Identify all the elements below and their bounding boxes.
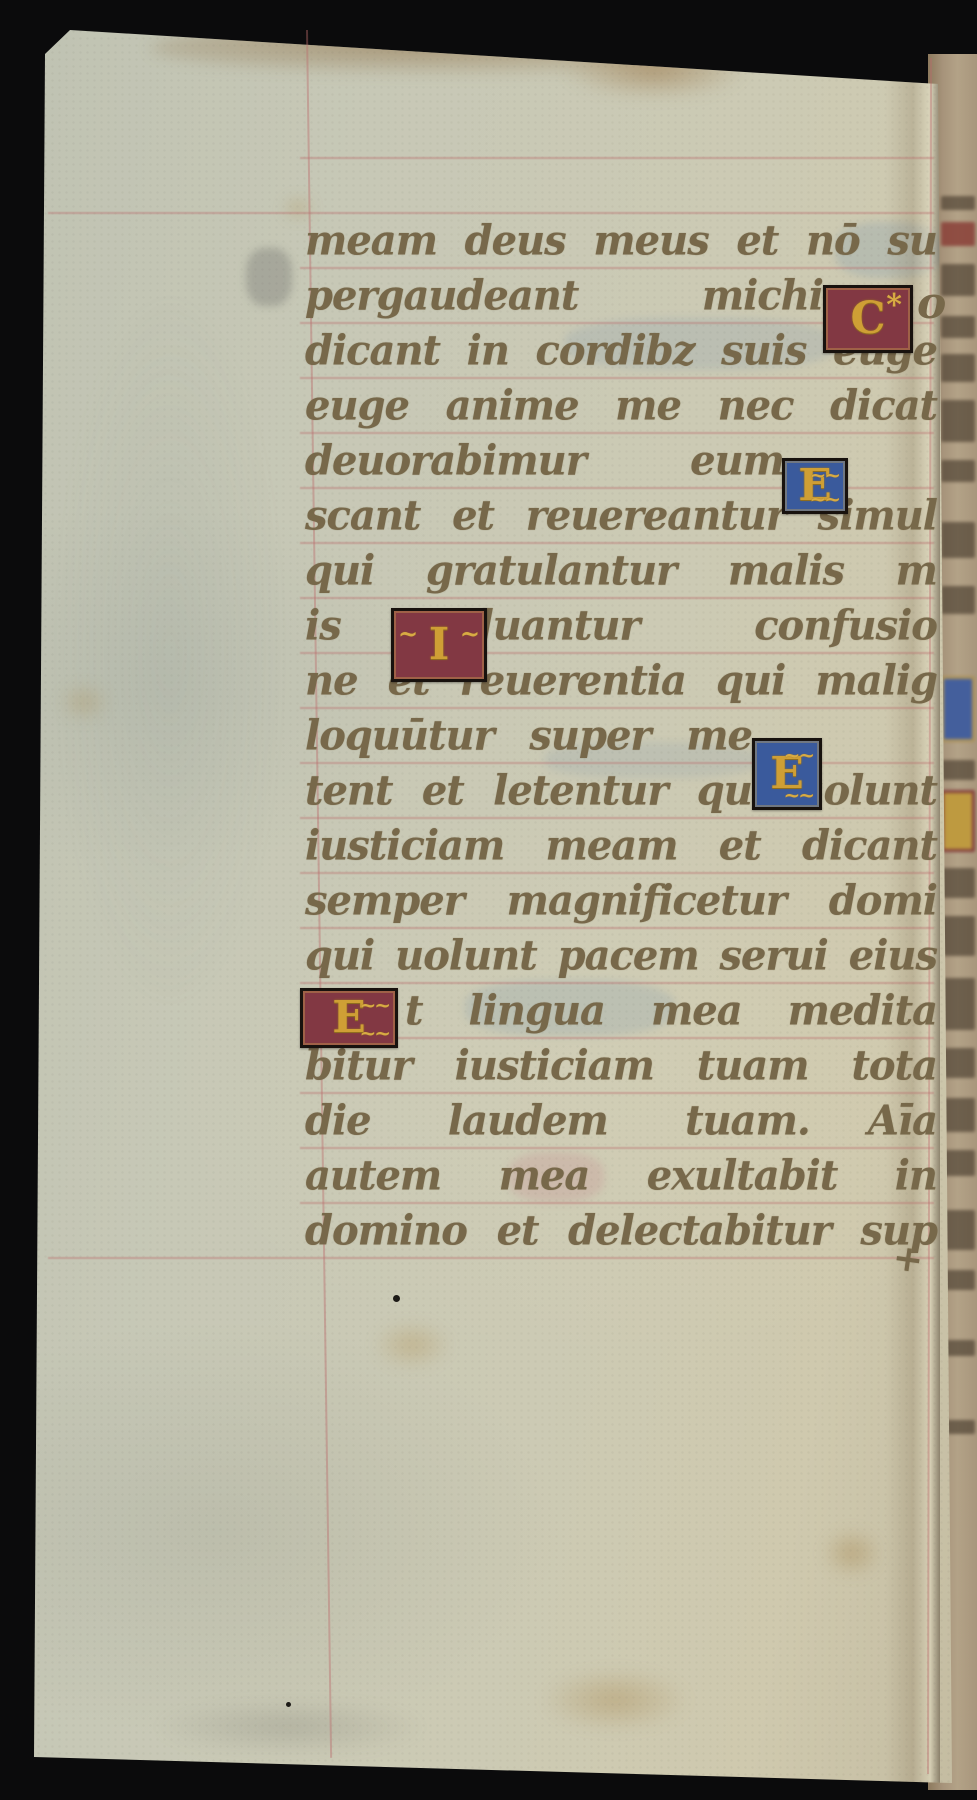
gutter-fragment-text [941, 400, 975, 442]
text-line-10: loquūtur super me [305, 709, 937, 763]
gutter-fragment-gold-initial [941, 790, 975, 852]
gold-squiggle-ornament: ~~ [809, 463, 839, 487]
stain-top-edge [150, 22, 770, 74]
text-line-19: domino et delectabitur sup [305, 1204, 937, 1258]
ink-speck-2 [286, 1702, 291, 1707]
initial-letter: C [850, 297, 885, 341]
text-line-18: autem mea exultabit in [305, 1149, 937, 1203]
stain-bottom-3 [822, 1528, 882, 1578]
text-line-12: iusticiam meam et dicant [305, 819, 937, 873]
gutter-fragment-text [941, 916, 975, 956]
gutter-fragment-red-initial [941, 222, 975, 246]
gold-squiggle-ornament: ~~ [359, 993, 389, 1017]
text-line-17: die laudem tuam. Aīa [305, 1094, 937, 1148]
gutter-fragment-text [941, 522, 975, 558]
text-line-14: qui uolunt pacem serui eius [305, 929, 937, 983]
text-line-16: bitur iusticiam tuam tota [305, 1039, 937, 1093]
text-line-11: tent et letentur qui uolunt [305, 764, 937, 818]
gutter-fragment-blue-initial [941, 676, 975, 742]
gutter-fragment-text [941, 460, 975, 482]
showthrough-left-margin [246, 248, 292, 306]
stain-bottom-2 [540, 1668, 690, 1732]
gold-squiggle-ornament: ~~ [809, 487, 839, 511]
stain-bottom-gray [160, 1700, 420, 1754]
decorated-initial-e-2: E~~~~ [782, 458, 848, 514]
horizontal-rule [300, 157, 934, 159]
stain-cool-left [60, 300, 280, 1000]
initial-letter: I [429, 623, 450, 667]
text-line-7: qui gratulantur malis m [305, 544, 937, 598]
gold-squiggle-ornament: ~~ [783, 783, 813, 807]
text-line-15: t lingua mea medita [305, 984, 937, 1038]
stain-top-blob [560, 40, 750, 100]
photograph-canvas: meam deus meus et nō supergaudeant michi… [0, 0, 977, 1800]
text-line-4: euge anime me nec dicat [305, 379, 937, 433]
initial-tail-letter: o [917, 278, 946, 329]
text-line-13: semper magnificetur domi [305, 874, 937, 928]
ink-speck-1 [393, 1295, 400, 1302]
gutter-fragment-text [941, 586, 975, 614]
per-abbreviation-flourish: + [890, 1236, 926, 1282]
decorated-initial-c-1: C* [823, 285, 913, 353]
gold-leaf-ornament: ~ [398, 619, 418, 648]
gold-flower-ornament: * [886, 288, 902, 323]
decorated-initial-e-5: E~~~~ [300, 988, 398, 1048]
gutter-fragment-text [941, 354, 975, 382]
stain-bottom-1 [372, 1320, 452, 1370]
gold-squiggle-ornament: ~~ [359, 1021, 389, 1045]
gold-leaf-ornament: ~ [460, 619, 480, 648]
gold-squiggle-ornament: ~~ [783, 743, 813, 767]
decorated-initial-e-4: E~~~~ [752, 738, 822, 810]
gutter-fragment-text [941, 760, 975, 780]
text-line-1: meam deus meus et nō su [305, 214, 937, 268]
decorated-initial-i-3: I~~ [391, 608, 487, 682]
gutter-fragment-text [941, 978, 975, 1030]
gutter-fragment-text [941, 868, 975, 898]
gutter-fragment-text [941, 196, 975, 210]
